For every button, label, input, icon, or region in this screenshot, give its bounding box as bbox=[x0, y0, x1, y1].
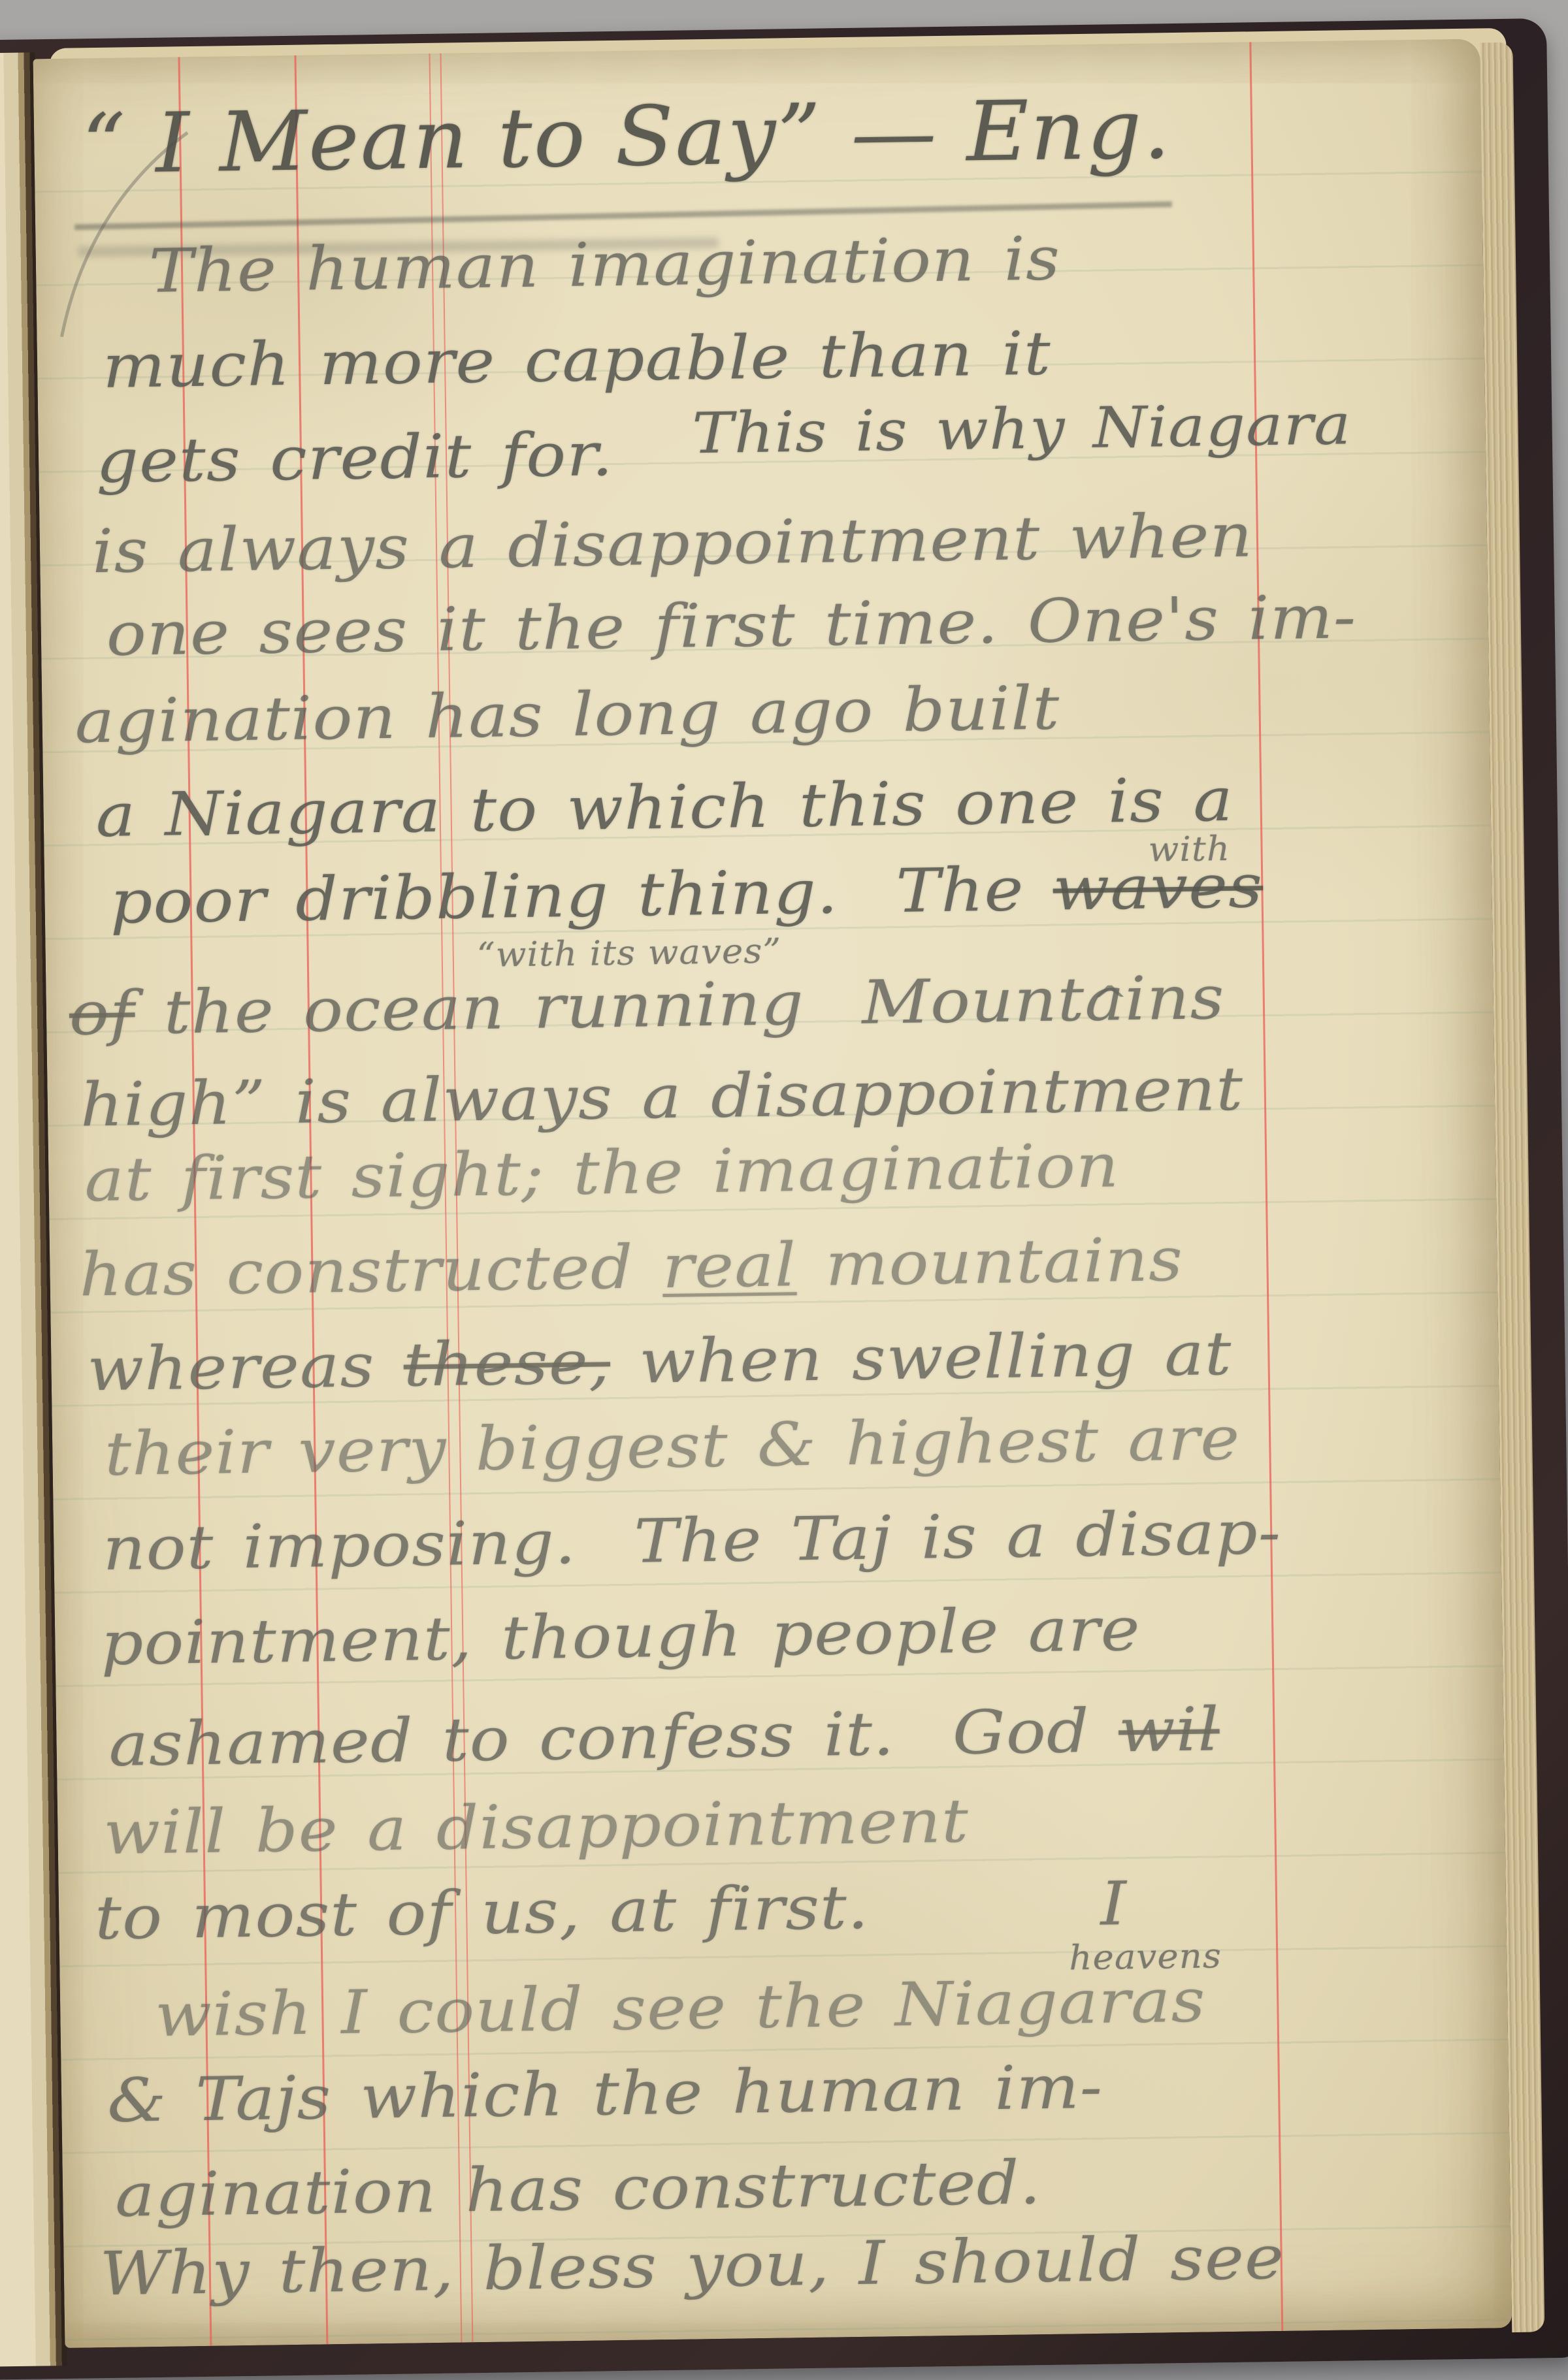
manuscript-line: has constructed real mountains bbox=[79, 1225, 1184, 1310]
line-segment: mountains bbox=[796, 1225, 1183, 1300]
scanned-notebook-photo: { "page_meta": { "background_color": "#a… bbox=[0, 0, 1568, 2380]
underlined-word: real bbox=[662, 1230, 797, 1302]
line-segment: has constructed bbox=[79, 1232, 663, 1310]
line-segment: whereas bbox=[87, 1330, 404, 1405]
manuscript-line: whereas these, when swelling at bbox=[87, 1319, 1232, 1404]
manuscript-line: The human imagination is bbox=[148, 223, 1060, 306]
caret-mark: ^ bbox=[1091, 978, 1129, 1027]
manuscript-line: pointment, though people are bbox=[101, 1594, 1141, 1679]
manuscript-line: one sees it the first time. One's im- bbox=[106, 582, 1357, 669]
notebook-cover: “ I Mean to Say” — Eng. The human imagin… bbox=[0, 18, 1568, 2380]
line-segment: gets credit for. bbox=[95, 419, 613, 496]
red-margin-rule bbox=[1249, 42, 1283, 2331]
manuscript-line: agination has constructed. bbox=[114, 2147, 1041, 2230]
manuscript-line: a Niagara to which this one is a bbox=[95, 765, 1234, 850]
manuscript-line: their very biggest & highest are bbox=[105, 1404, 1241, 1489]
manuscript-line: gets credit for.This is why Niagara bbox=[95, 409, 1352, 496]
interlinear-insertion: with bbox=[1148, 829, 1230, 870]
line-segment-raised: This is why Niagara bbox=[692, 392, 1352, 466]
manuscript-page: “ I Mean to Say” — Eng. The human imagin… bbox=[33, 39, 1512, 2348]
manuscript-line: poor dribbling thing. The waves bbox=[110, 851, 1264, 937]
line-segment: the ocean running Mountains bbox=[135, 963, 1225, 1048]
manuscript-line: agination has long ago built bbox=[74, 673, 1060, 756]
interlinear-insertion: heavens bbox=[1069, 1937, 1222, 1978]
manuscript-line: & Tajs which the human im- bbox=[106, 2052, 1103, 2136]
manuscript-line: much more capable than it bbox=[102, 319, 1051, 402]
manuscript-line: of the ocean running Mountains bbox=[69, 963, 1225, 1049]
manuscript-line: at first sight; the imagination bbox=[84, 1131, 1120, 1215]
struck-word: wil bbox=[1118, 1694, 1220, 1765]
manuscript-line: Why then, bless you, I should see bbox=[99, 2223, 1284, 2309]
manuscript-line: will be a disappointment bbox=[103, 1786, 970, 1868]
manuscript-line: not imposing. The Taj is a disap- bbox=[103, 1498, 1282, 1584]
struck-word: of bbox=[69, 978, 135, 1048]
manuscript-line: high” is always a disappointment bbox=[80, 1054, 1244, 1140]
manuscript-title: “ I Mean to Say” — Eng. bbox=[81, 81, 1172, 192]
manuscript-line: wish I could see the Niagaras bbox=[155, 1966, 1207, 2050]
manuscript-line: to most of us, at first. I bbox=[95, 1869, 1128, 1953]
manuscript-line: ashamed to confess it. God wil bbox=[108, 1694, 1220, 1780]
manuscript-line: is always a disappointment when bbox=[91, 500, 1253, 587]
line-segment: poor dribbling thing. The bbox=[110, 854, 1054, 937]
interlinear-insertion: “with its waves” bbox=[476, 931, 781, 975]
line-segment: when swelling at bbox=[610, 1319, 1232, 1397]
struck-word: these, bbox=[403, 1327, 611, 1400]
line-segment: ashamed to confess it. God bbox=[108, 1696, 1119, 1780]
